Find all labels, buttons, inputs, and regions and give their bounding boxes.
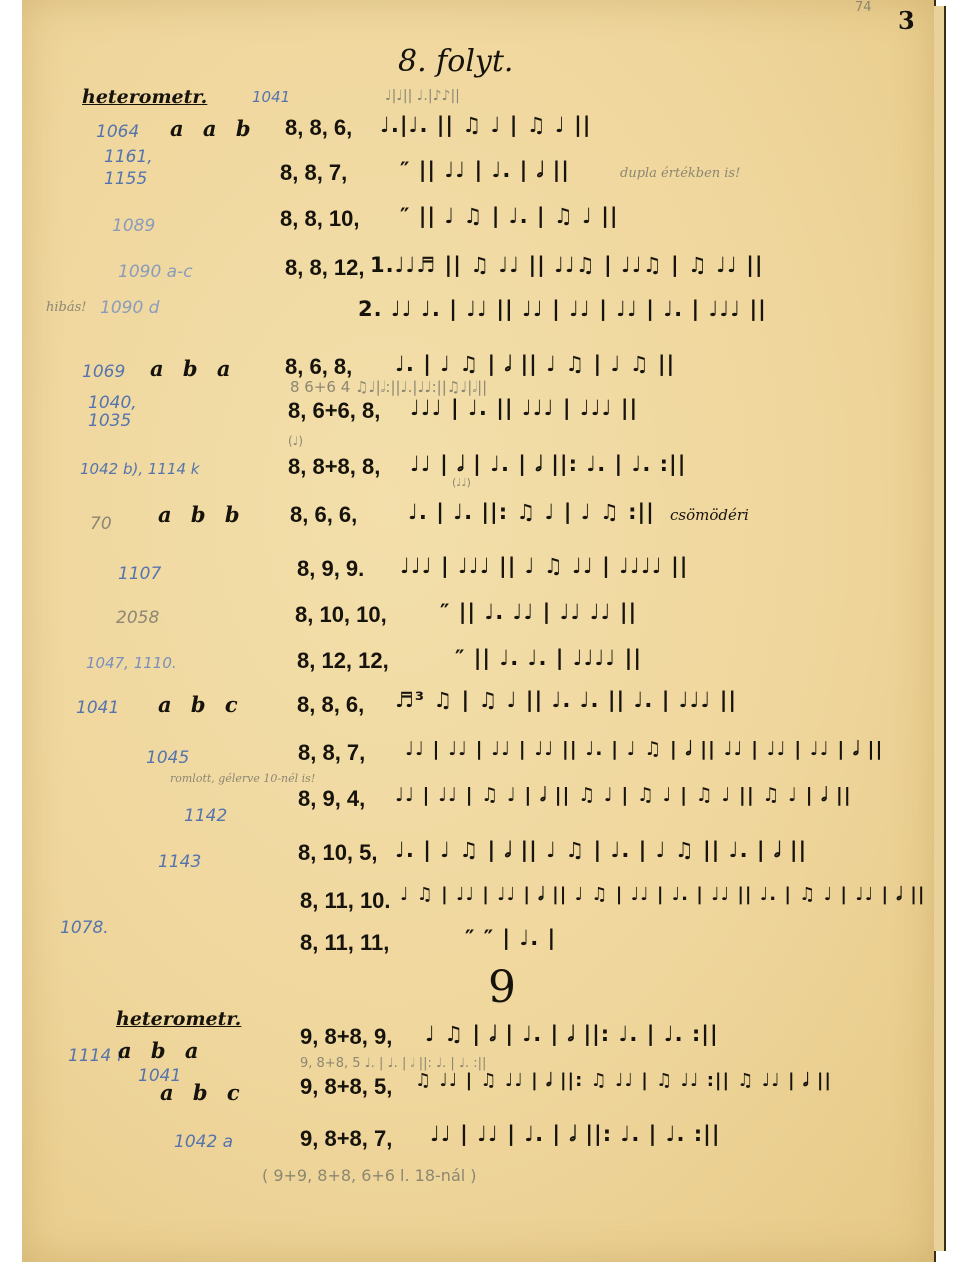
row-rhythm: ″ ″ | ♩. | <box>465 926 556 950</box>
row-ids: 1042 b), 1114 k <box>80 460 199 478</box>
row-rhythm: ″ || ♩. ♩♩ | ♩♩ ♩♩ || <box>440 600 637 624</box>
row-rhythm: 1.♩♩♬ || ♫ ♩♩ || ♩♩♫ | ♩♩♫ | ♫ ♩♩ || <box>370 253 764 277</box>
row-rhythm: ″ || ♩♩ | ♩. | 𝅗𝅥 || <box>400 158 570 183</box>
section-header-heterometr: heterometr. <box>82 86 207 108</box>
row-ids: 1040, 1035 <box>88 394 158 430</box>
row-pencil-above: 9, 8+8, 5 ♩. | ♩. | 𝅗𝅥 ||: ♩. | ♩. :|| <box>300 1056 486 1071</box>
row-rhythm: 2. ♩♩ ♩. | ♩♩ || ♩♩ | ♩♩ | ♩♩ | ♩. | ♩♩♩… <box>358 297 767 321</box>
row-pencil-above: 8 6+6 4 ♫♩|𝅗𝅥:||♩.|♩♩:||♫♩|𝅗𝅥|| <box>290 378 487 396</box>
row-rhythm: ♫ ♩♩ | ♫ ♩♩ | 𝅗𝅥 ||: ♫ ♩♩ | ♫ ♩♩ :|| ♫ ♩… <box>415 1070 832 1091</box>
row-ids: 70 <box>90 514 112 534</box>
row-note: csömödéri <box>670 506 749 524</box>
row-rhythm: ♩♩ | 𝅗𝅥 | ♩. | 𝅗𝅥 ||: ♩. | ♩. :|| <box>410 452 686 477</box>
row-ids: 1045 <box>146 748 189 768</box>
row-rhythm: ♩♩ | ♩♩ | ♩♩ | ♩♩ || ♩. | ♩ ♫ | 𝅗𝅥 || ♩♩… <box>405 738 883 760</box>
row-syllables: 8, 8, 12, <box>285 255 365 281</box>
row-syllables: 8, 6, 6, <box>290 502 357 528</box>
row-rhythm: ″ || ♩. ♩. | ♩♩♩♩ || <box>455 646 642 670</box>
row-syllables: 8, 6, 8, <box>285 354 352 380</box>
row-ids: 1042 a <box>174 1132 233 1152</box>
section-header-heterometr: heterometr. <box>116 1008 241 1030</box>
row-note: dupla értékben is! <box>620 166 740 181</box>
page-edge <box>934 6 946 1251</box>
section-heading-9: 9 <box>488 962 516 1013</box>
row-form: a a b <box>170 116 257 141</box>
pencil-page-number: 74 <box>855 0 872 15</box>
row-ids: 1089 <box>112 216 155 236</box>
row-syllables: 8, 6+6, 8, <box>288 398 380 424</box>
row-ids: 1090 d <box>100 298 159 318</box>
row-rhythm: ♩. | ♩. ||: ♫ ♩ | ♩ ♫ :|| <box>408 500 655 524</box>
row-syllables: 8, 8, 6, <box>297 692 364 718</box>
row-syllables: 8, 8, 10, <box>280 206 360 232</box>
row-form: a b b <box>158 502 246 527</box>
row-ids: 1114 f <box>68 1046 123 1066</box>
row-rhythm: ♩ ♫ | 𝅗𝅥 | ♩. | 𝅗𝅥 ||: ♩. | ♩. :|| <box>425 1022 719 1047</box>
row-ids: 1142 <box>184 806 227 826</box>
row-syllables: 9, 8+8, 7, <box>300 1126 392 1152</box>
row-form: a b a <box>118 1038 205 1063</box>
row-rhythm: ♬³ ♫ | ♫ ♩ || ♩. ♩. || ♩. | ♩♩♩ || <box>395 688 737 712</box>
row-syllables: 8, 9, 9. <box>297 556 364 582</box>
row-syllables: 8, 12, 12, <box>297 648 389 674</box>
row-id-note: romlott, gélerve 10-nél is! <box>170 772 315 785</box>
row-rhythm: ♩♩♩ | ♩. || ♩♩♩ | ♩♩♩ || <box>410 396 638 420</box>
header-ref-id: 1041 <box>252 88 290 106</box>
row-form: a b c <box>158 692 244 717</box>
row-syllables: 8, 10, 5, <box>298 840 378 866</box>
row-syllables: 8, 11, 10. <box>300 888 391 914</box>
row-syllables: 8, 10, 10, <box>295 602 387 628</box>
row-syllables: 8, 8+8, 8, <box>288 454 380 480</box>
row-syllables: 8, 8, 7, <box>298 740 365 766</box>
row-rhythm: ♩. | ♩ ♫ | 𝅗𝅥 || ♩ ♫ | ♩. | ♩ ♫ || ♩. | … <box>395 838 807 863</box>
row-pencil-below: (♩♩) <box>452 476 471 489</box>
row-ids: 1064 <box>96 122 139 142</box>
title-pencil-rhythm: ♩|♩|| ♩.|♪♪|| <box>385 88 460 104</box>
row-id-note: hibás! <box>46 300 87 315</box>
row-syllables: 8, 8, 6, <box>285 115 352 141</box>
page-title: 8. folyt. <box>398 44 513 79</box>
row-rhythm: ″ || ♩ ♫ | ♩. | ♫ ♩ || <box>400 204 619 228</box>
row-syllables: 8, 11, 11, <box>300 930 389 956</box>
row-ids: 1041 <box>76 698 119 718</box>
row-syllables: 9, 8+8, 5, <box>300 1074 392 1100</box>
row-rhythm: ♩♩ | ♩♩ | ♩. | 𝅗𝅥 ||: ♩. | ♩. :|| <box>430 1122 721 1147</box>
row-ids: 2058 <box>116 608 159 628</box>
row-syllables: 9, 8+8, 9, <box>300 1024 392 1050</box>
page-number: 3 <box>898 6 915 35</box>
row-ids: 1143 <box>158 852 201 872</box>
row-rhythm: ♩♩ | ♩♩ | ♫ ♩ | 𝅗𝅥 || ♫ ♩ | ♫ ♩ | ♫ ♩ ||… <box>395 784 852 806</box>
row-form: a b c <box>160 1080 246 1105</box>
row-syllables: 8, 9, 4, <box>298 786 365 812</box>
row-ids: 1107 <box>118 564 161 584</box>
row-pencil-above: (♩) <box>288 434 303 448</box>
row-ids: 1069 <box>82 362 125 382</box>
footnote: ( 9+9, 8+8, 6+6 l. 18-nál ) <box>262 1166 477 1185</box>
row-ids: 1047, 1110. <box>86 654 177 672</box>
row-rhythm: ♩.|♩. || ♫ ♩ | ♫ ♩ || <box>380 113 591 137</box>
row-rhythm: ♩ ♫ | ♩♩ | ♩♩ | 𝅗𝅥 || ♩ ♫ | ♩♩ | ♩. | ♩♩… <box>400 884 925 905</box>
row-rhythm: ♩♩♩ | ♩♩♩ || ♩ ♫ ♩♩ | ♩♩♩♩ || <box>400 554 688 578</box>
row-ids: 1161, 1155 <box>104 146 184 190</box>
row-form: a b a <box>150 356 237 381</box>
row-rhythm: ♩. | ♩ ♫ | 𝅗𝅥 || ♩ ♫ | ♩ ♫ || <box>395 352 675 377</box>
row-ids: 1090 a-c <box>118 262 193 282</box>
row-syllables: 8, 8, 7, <box>280 160 347 186</box>
row-ids: 1078. <box>60 918 109 938</box>
